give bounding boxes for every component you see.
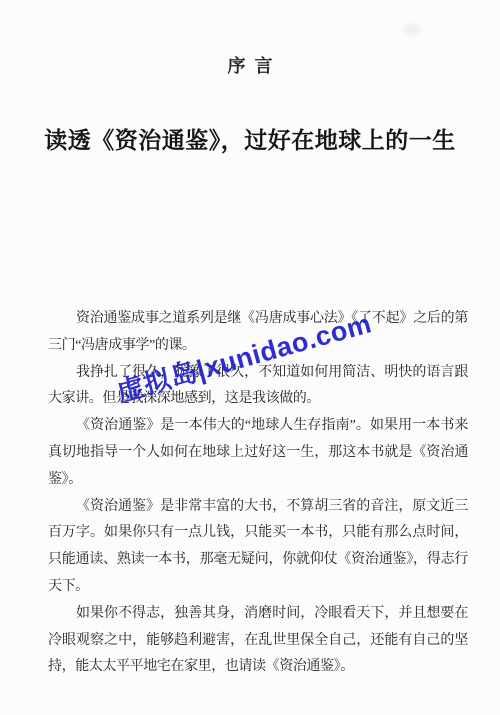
- paragraph: 《资治通鉴》是非常丰富的大书，不算胡三省的音注，原文近三百万字。如果你只有一点儿…: [48, 494, 468, 601]
- scan-smudge-artifact: [404, 24, 420, 35]
- book-page: 序言 读透《资治通鉴》，过好在地球上的一生 资治通鉴成事之道系列是继《冯唐成事心…: [0, 0, 500, 715]
- paragraph: 《资治通鉴》是一本伟大的“地球人生存指南”。如果用一本书来真切地指导一个人如何在…: [48, 413, 468, 493]
- paragraph: 我挣扎了很久，犹豫了很久，不知道如何用简洁、明快的语言跟大家讲。但是我深深地感到…: [48, 360, 468, 414]
- page-title: 序言: [0, 52, 500, 78]
- paragraph: 资治通鉴成事之道系列是继《冯唐成事心法》《了不起》之后的第三门“冯唐成事学”的课…: [48, 306, 468, 360]
- paragraph: 如果你不得志，独善其身，消磨时间，冷眼看天下，并且想要在冷眼观察之中，能够趋利避…: [48, 601, 468, 681]
- body-text: 资治通鉴成事之道系列是继《冯唐成事心法》《了不起》之后的第三门“冯唐成事学”的课…: [48, 306, 468, 681]
- chapter-heading: 读透《资治通鉴》，过好在地球上的一生: [0, 122, 500, 155]
